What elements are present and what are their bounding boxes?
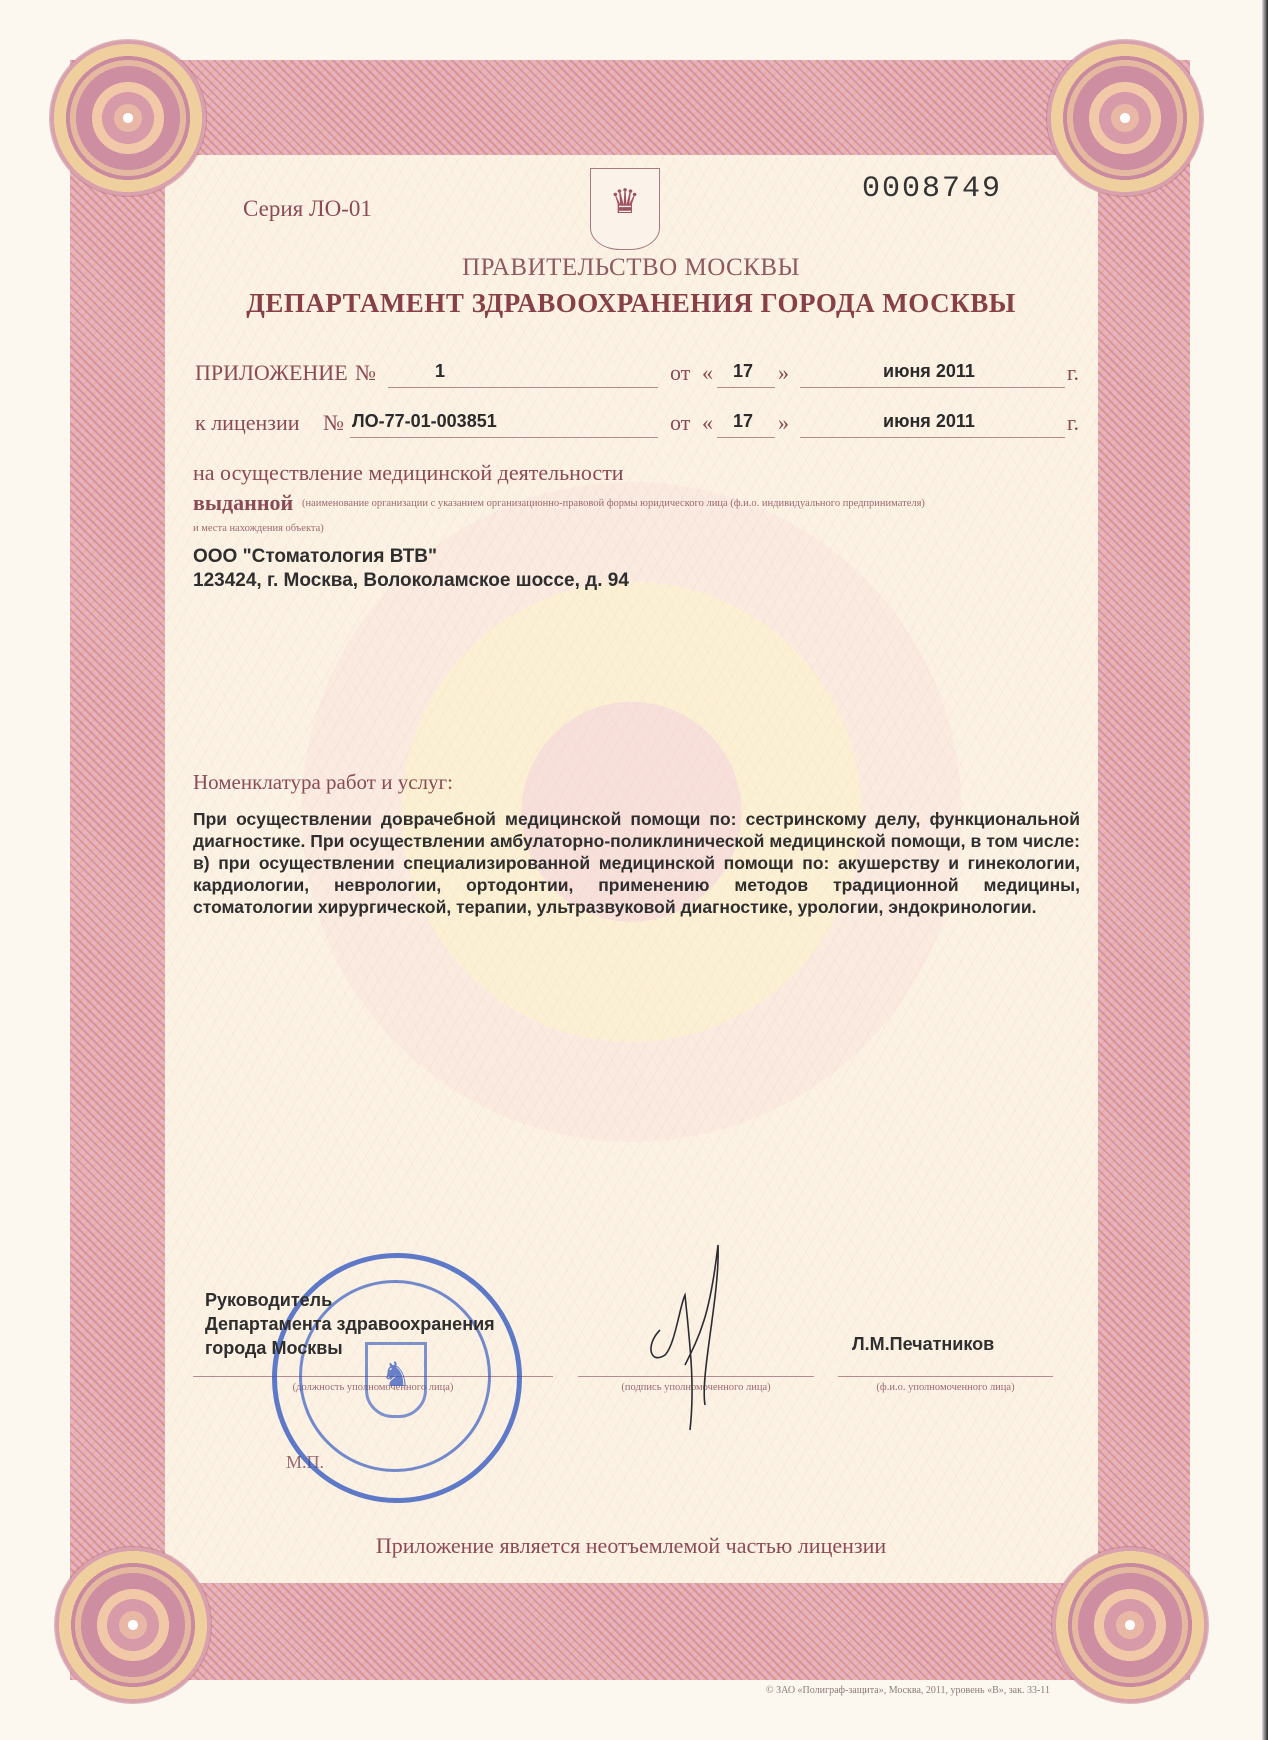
- series-label: Серия ЛО-01: [243, 196, 372, 222]
- footer-note: Приложение является неотъемлемой частью …: [0, 1533, 1262, 1559]
- scan-edge: [1262, 0, 1268, 1740]
- appendix-day: 17: [733, 361, 753, 382]
- appendix-number-line: [388, 387, 658, 388]
- from-label: от: [670, 410, 690, 436]
- issued-note-continued: и места нахождения объекта): [193, 523, 324, 534]
- organization-address: 123424, г. Москва, Волоколамское шоссе, …: [193, 569, 629, 593]
- guilloche-border-bottom: [70, 1583, 1190, 1680]
- issued-note: (наименование организации с указанием ор…: [302, 498, 925, 509]
- rosette-icon: [1047, 40, 1203, 196]
- year-suffix: г.: [1067, 360, 1079, 386]
- government-title: ПРАВИТЕЛЬСТВО МОСКВЫ: [0, 254, 1262, 282]
- department-title: ДЕПАРТАМЕНТ ЗДРАВООХРАНЕНИЯ ГОРОДА МОСКВ…: [0, 288, 1262, 319]
- appendix-row: ПРИЛОЖЕНИЕ № 1 от « 17 » июня 2011 г.: [195, 356, 1065, 392]
- rosette-icon: [50, 40, 206, 196]
- signer-name: Л.М.Печатников: [852, 1334, 994, 1355]
- day-line: [717, 387, 775, 388]
- license-number-line: [350, 437, 658, 438]
- year-suffix: г.: [1067, 410, 1079, 436]
- from-label: от: [670, 360, 690, 386]
- nomenclature-text: При осуществлении доврачебной медицинско…: [193, 808, 1080, 918]
- appendix-month-year: июня 2011: [883, 361, 975, 382]
- day-line: [717, 437, 775, 438]
- position-line: Руководитель: [205, 1288, 495, 1312]
- month-line: [800, 387, 1065, 388]
- nomenclature-title: Номенклатура работ и услуг:: [193, 770, 453, 795]
- signer-position: Руководитель Департамента здравоохранени…: [205, 1288, 495, 1360]
- printer-copyright: © ЗАО «Полиграф-защита», Москва, 2011, у…: [766, 1685, 1050, 1696]
- position-line: города Москвы: [205, 1336, 495, 1360]
- month-line: [800, 437, 1065, 438]
- serial-number: 0008749: [862, 172, 1002, 206]
- license-month-year: июня 2011: [883, 411, 975, 432]
- number-sign: №: [323, 410, 344, 436]
- license-label: к лицензии: [195, 410, 300, 436]
- coat-of-arms-icon: ♛: [590, 168, 660, 250]
- rosette-icon: [55, 1547, 211, 1703]
- purpose-text: на осуществление медицинской деятельност…: [193, 460, 624, 486]
- quote-open: «: [702, 360, 713, 386]
- st-george-icon: ♞: [368, 1355, 424, 1395]
- organization-block: ООО "Стоматология ВТВ" 123424, г. Москва…: [193, 545, 629, 593]
- quote-close: »: [778, 410, 789, 436]
- quote-open: «: [702, 410, 713, 436]
- quote-close: »: [778, 360, 789, 386]
- name-caption: (ф.и.о. уполномоченного лица): [838, 1382, 1053, 1393]
- handwritten-signature: [640, 1235, 760, 1435]
- license-day: 17: [733, 411, 753, 432]
- license-number: ЛО-77-01-003851: [352, 411, 497, 432]
- name-line-rule: [838, 1376, 1053, 1377]
- position-line: Департамента здравоохранения: [205, 1312, 495, 1336]
- rosette-icon: [1052, 1547, 1208, 1703]
- organization-name: ООО "Стоматология ВТВ": [193, 545, 629, 569]
- double-headed-eagle-icon: ♛: [605, 179, 645, 227]
- license-appendix-sheet: Серия ЛО-01 ♛ 0008749 ПРАВИТЕЛЬСТВО МОСК…: [0, 0, 1262, 1740]
- license-row: к лицензии № ЛО-77-01-003851 от « 17 » и…: [195, 406, 1065, 442]
- issued-label: выданной: [193, 490, 293, 516]
- number-sign: №: [355, 360, 376, 386]
- guilloche-border-top: [70, 60, 1190, 155]
- appendix-number: 1: [435, 361, 445, 382]
- appendix-label: ПРИЛОЖЕНИЕ: [195, 360, 348, 386]
